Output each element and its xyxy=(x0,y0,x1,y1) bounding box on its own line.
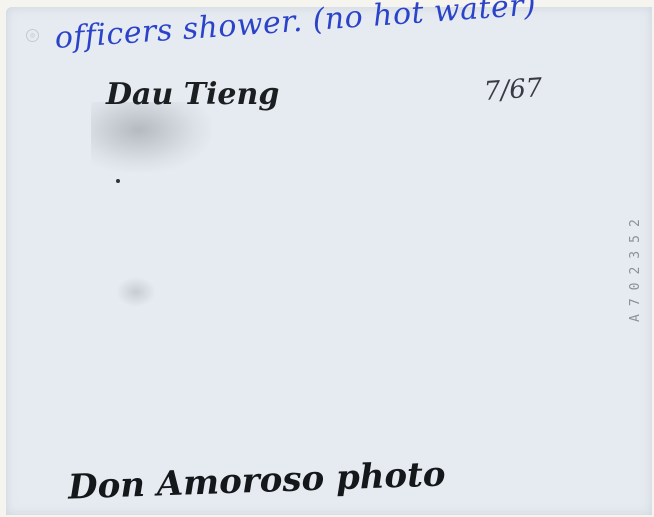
date-handwriting: 7/67 xyxy=(483,73,543,107)
ink-dot xyxy=(116,179,120,183)
photo-back-card: ◎ officers shower. (no hot water) Dau Ti… xyxy=(6,7,652,515)
ink-smudge xyxy=(91,102,211,172)
caption-handwriting: officers shower. (no hot water) xyxy=(54,0,538,56)
circle-stamp-icon: ◎ xyxy=(26,29,39,42)
archive-number-stamp: A702352 xyxy=(628,152,643,322)
faint-smudge xyxy=(116,277,156,307)
place-name-handwriting: Dau Tieng xyxy=(106,77,279,112)
photographer-credit: Don Amoroso photo xyxy=(67,454,446,507)
